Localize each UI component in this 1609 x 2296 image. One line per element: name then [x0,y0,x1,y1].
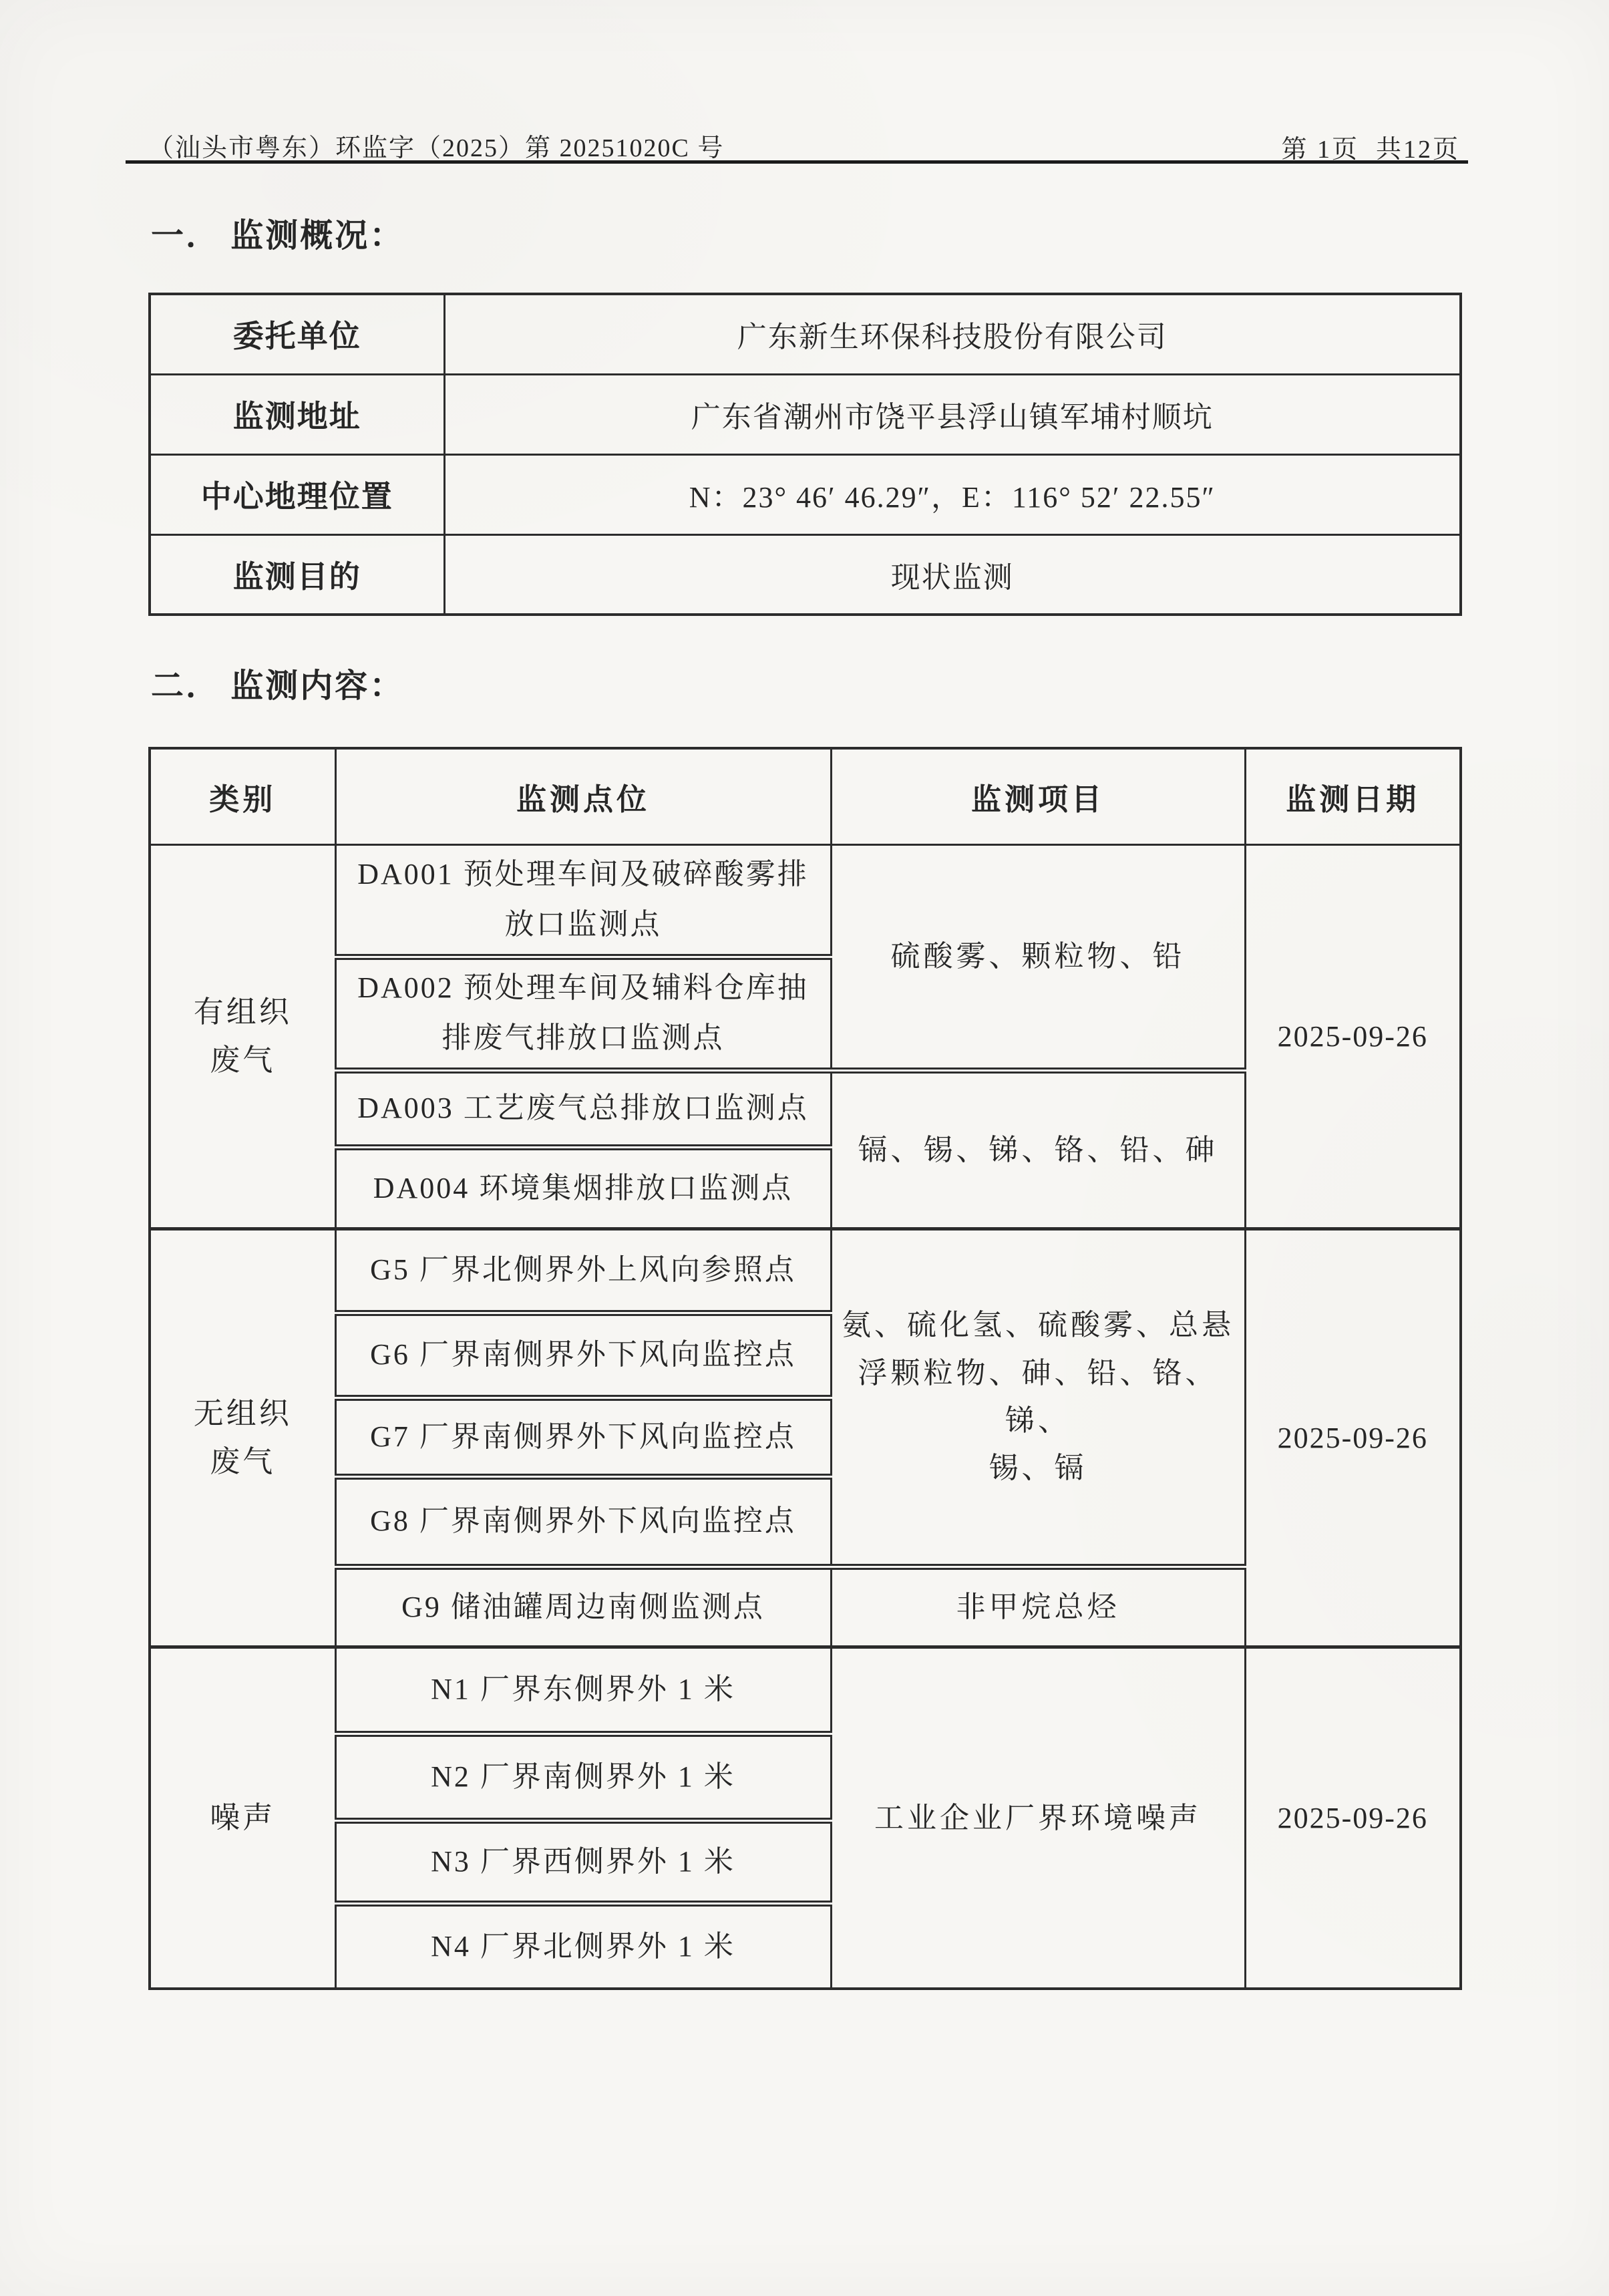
section-title-content: 二． 监测内容： [151,660,404,707]
row-value: 现状监测 [444,534,1461,615]
table-row: 噪声 N1 厂界东侧界外 1 米 工业企业厂界环境噪声 2025-09-26 [150,1647,1461,1734]
row-label: 中心地理位置 [150,454,444,534]
header-rule [126,160,1468,164]
date-cell: 2025-09-26 [1245,1228,1461,1647]
row-value: 广东新生环保科技股份有限公司 [444,294,1461,374]
point-cell: N4 厂界北侧界外 1 米 [335,1903,831,1989]
table-row: 中心地理位置 N：23° 46′ 46.29″，E：116° 52′ 22.55… [150,454,1461,534]
point-cell: DA002 预处理车间及辅料仓库抽 排废气排放口监测点 [335,957,831,1070]
point-cell: G8 厂界南侧界外下风向监控点 [335,1476,831,1567]
table-header-row: 类别 监测点位 监测项目 监测日期 [150,748,1461,844]
point-cell: N3 厂界西侧界外 1 米 [335,1820,831,1903]
row-value: N：23° 46′ 46.29″，E：116° 52′ 22.55″ [444,454,1461,534]
row-label: 委托单位 [150,294,444,374]
row-label: 监测地址 [150,374,444,454]
category-cell: 有组织 废气 [150,844,335,1228]
table-row: 有组织 废气 DA001 预处理车间及破碎酸雾排 放口监测点 硫酸雾、颗粒物、铅… [150,844,1461,957]
project-cell: 镉、锡、锑、铬、铅、砷 [831,1070,1245,1228]
table-row: 无组织 废气 G5 厂界北侧界外上风向参照点 氨、硫化氢、硫酸雾、总悬 浮颗粒物… [150,1228,1461,1313]
point-cell: G9 储油罐周边南侧监测点 [335,1567,831,1647]
row-label: 监测目的 [150,534,444,615]
project-cell: 工业企业厂界环境噪声 [831,1647,1245,1989]
category-cell: 无组织 废气 [150,1228,335,1647]
point-cell: DA003 工艺废气总排放口监测点 [335,1070,831,1147]
section-title-overview: 一． 监测概况： [151,210,404,257]
date-cell: 2025-09-26 [1245,1647,1461,1989]
table-row: 委托单位 广东新生环保科技股份有限公司 [150,294,1461,374]
point-cell: G7 厂界南侧界外下风向监控点 [335,1398,831,1476]
point-cell: DA004 环境集烟排放口监测点 [335,1147,831,1228]
point-cell: DA001 预处理车间及破碎酸雾排 放口监测点 [335,844,831,957]
column-header-project: 监测项目 [831,748,1245,844]
table-row: 监测地址 广东省潮州市饶平县浮山镇军埔村顺坑 [150,374,1461,454]
point-cell: G5 厂界北侧界外上风向参照点 [335,1228,831,1313]
category-cell: 噪声 [150,1647,335,1989]
table-row: 监测目的 现状监测 [150,534,1461,615]
overview-table: 委托单位 广东新生环保科技股份有限公司 监测地址 广东省潮州市饶平县浮山镇军埔村… [148,293,1462,616]
column-header-point: 监测点位 [335,748,831,844]
column-header-category: 类别 [150,748,335,844]
monitoring-content-table: 类别 监测点位 监测项目 监测日期 有组织 废气 DA001 预处理车间及破碎酸… [148,747,1462,1990]
date-cell: 2025-09-26 [1245,844,1461,1228]
point-cell: G6 厂界南侧界外下风向监控点 [335,1313,831,1398]
column-header-date: 监测日期 [1245,748,1461,844]
scanned-report-page: （汕头市粤东）环监字（2025）第 20251020C 号 第 1页 共12页 … [0,0,1609,2296]
project-cell: 非甲烷总烃 [831,1567,1245,1647]
point-cell: N2 厂界南侧界外 1 米 [335,1734,831,1820]
page-indicator: 第 1页 共12页 [1281,128,1460,165]
point-cell: N1 厂界东侧界外 1 米 [335,1647,831,1734]
project-cell: 氨、硫化氢、硫酸雾、总悬 浮颗粒物、砷、铅、铬、锑、 锡、镉 [831,1228,1245,1567]
project-cell: 硫酸雾、颗粒物、铅 [831,844,1245,1070]
document-number: （汕头市粤东）环监字（2025）第 20251020C 号 [148,127,724,164]
row-value: 广东省潮州市饶平县浮山镇军埔村顺坑 [444,374,1461,454]
